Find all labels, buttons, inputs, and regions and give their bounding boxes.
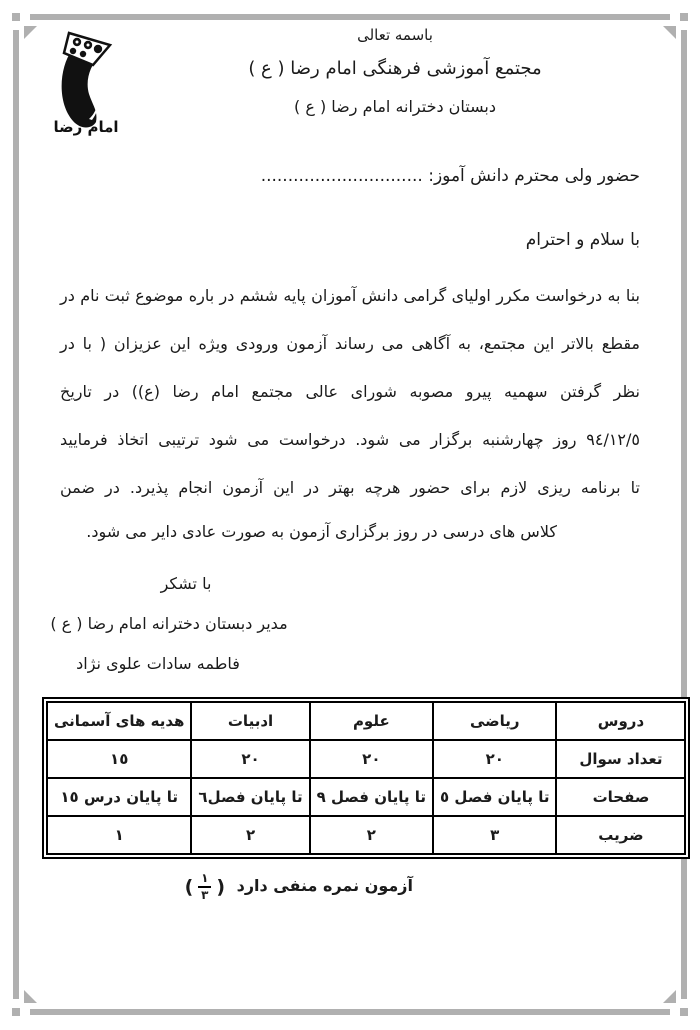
body-line: بنا به درخواست مکرر اولیای گرامی دانش آم… (60, 282, 640, 310)
table-cell: دروس (556, 702, 685, 740)
table-cell: تا پایان فصل ٩ (310, 778, 433, 816)
table-cell: صفحات (556, 778, 685, 816)
open-paren: ( (185, 876, 194, 898)
table-row-question-count: تعداد سوال ٢٠ ٢٠ ٢٠ ١٥ (47, 740, 685, 778)
table-cell: ٢٠ (191, 740, 309, 778)
table-cell: ضریب (556, 816, 685, 854)
table-cell: ٢ (310, 816, 433, 854)
logo-cap-dot-center (76, 41, 79, 44)
body-line: مقطع بالاتر این مجتمع، به آگاهی می رساند… (60, 330, 640, 358)
body-line: کلاس های درسی در روز برگزاری آزمون به صو… (60, 518, 557, 546)
table-cell: ریاضی (433, 702, 556, 740)
recipient-label: حضور ولی محترم دانش آموز: (428, 166, 640, 186)
exam-table-wrapper: دروس ریاضی علوم ادبیات هدیه های آسمانی ت… (42, 697, 690, 859)
table-cell: تا پایان فصل ٥ (433, 778, 556, 816)
frame-corner-square-br (680, 1008, 688, 1016)
school-logo-icon: امام رضا (36, 30, 136, 136)
frame-corner-square-tl (12, 13, 20, 21)
frame-line-top (30, 14, 670, 20)
footnote-text: آزمون نمره منفی دارد (237, 876, 413, 895)
table-cell: ٢٠ (310, 740, 433, 778)
exam-table: دروس ریاضی علوم ادبیات هدیه های آسمانی ت… (46, 701, 686, 855)
table-cell: ادبیات (191, 702, 309, 740)
signer-title: مدیر دبستان دخترانه امام رضا ( ع ) (19, 614, 319, 633)
school-name: دبستان دخترانه امام رضا ( ع ) (90, 97, 700, 116)
table-cell: تا پایان درس ١٥ (47, 778, 191, 816)
footnote: آزمون نمره منفی دارد ( ١ ٣ ) (185, 872, 413, 901)
body-line: نظر گرفتن سهمیه پیرو مصوبه شورای عالی مج… (60, 378, 640, 406)
frame-corner-triangle-bl (24, 990, 37, 1003)
table-cell: ٣ (433, 816, 556, 854)
frame-line-left (13, 30, 19, 999)
table-cell: علوم (310, 702, 433, 740)
table-row-pages: صفحات تا پایان فصل ٥ تا پایان فصل ٩ تا پ… (47, 778, 685, 816)
close-paren: ) (216, 876, 225, 898)
fraction-denominator: ٣ (198, 889, 211, 902)
table-cell: ٢٠ (433, 740, 556, 778)
table-cell: ٢ (191, 816, 309, 854)
frame-line-bottom (30, 1009, 670, 1015)
table-row-subjects: دروس ریاضی علوم ادبیات هدیه های آسمانی (47, 702, 685, 740)
dotted-blank: .............................. (261, 166, 423, 186)
table-cell: ١ (47, 816, 191, 854)
organization-name: مجتمع آموزشی فرهنگی امام رضا ( ع ) (90, 58, 700, 79)
frame-corner-square-bl (12, 1008, 20, 1016)
signer-name: فاطمه سادات علوی نژاد (8, 654, 308, 673)
logo-caption: امام رضا (53, 118, 118, 136)
logo-cap-dot (70, 48, 76, 54)
frame-corner-square-tr (680, 13, 688, 21)
bismillah-text: باسمه تعالی (90, 26, 700, 44)
frame-corner-triangle-br (663, 990, 676, 1003)
fraction: ١ ٣ (198, 872, 211, 901)
table-cell: تا پایان فصل٦ (191, 778, 309, 816)
recipient-line: حضور ولی محترم دانش آموز: ..............… (261, 166, 640, 186)
table-row-coefficient: ضریب ٣ ٢ ٢ ١ (47, 816, 685, 854)
closing-text: با تشکر (36, 574, 336, 593)
body-line: ٩٤/١٢/٥ روز چهارشنبه برگزار می شود. درخو… (60, 426, 640, 454)
table-cell: هدیه های آسمانی (47, 702, 191, 740)
logo-cap-dot (80, 51, 86, 57)
footnote-fraction-group: ( ١ ٣ ) (185, 872, 225, 901)
salutation-text: با سلام و احترام (526, 230, 640, 250)
table-cell: ١٥ (47, 740, 191, 778)
table-cell: تعداد سوال (556, 740, 685, 778)
body-line: تا برنامه ریزی لازم برای حضور هرچه بهتر … (60, 474, 640, 502)
letter-page: امام رضا باسمه تعالی مجتمع آموزشی فرهنگی… (0, 0, 700, 1030)
fraction-numerator: ١ (198, 872, 211, 885)
logo-cap-dot (94, 45, 102, 53)
